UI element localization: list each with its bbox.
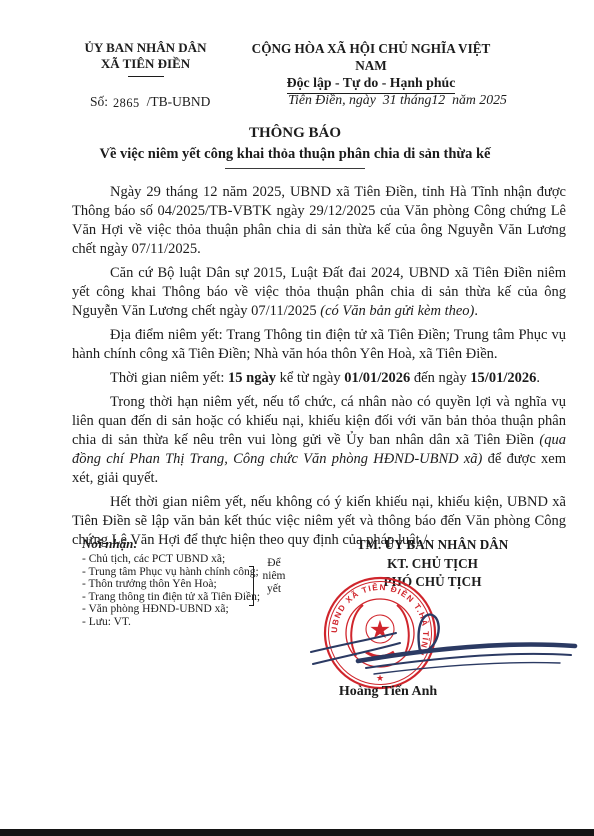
title-underline (225, 168, 365, 169)
signature-authority-block: TM. ỦY BAN NHÂN DÂN KT. CHỦ TỊCH PHÓ CHỦ… (325, 536, 540, 592)
paragraph-3: Địa điểm niêm yết: Trang Thông tin điện … (72, 326, 566, 364)
paragraph-4: Thời gian niêm yết: 15 ngày kể từ ngày 0… (72, 369, 566, 388)
recipient-item: - Lưu: VT. (82, 616, 260, 629)
bracket-note-line: yết (256, 583, 292, 596)
recipient-item: - Chủ tịch, các PCT UBND xã; (82, 553, 260, 566)
recipients-list: - Chủ tịch, các PCT UBND xã; - Trung tâm… (82, 553, 260, 629)
recipients-label: Nơi nhận: (82, 536, 138, 552)
bracket-note-line: Để (256, 557, 292, 570)
paragraph-5: Trong thời hạn niêm yết, nếu tổ chức, cá… (72, 393, 566, 488)
national-title: CỘNG HÒA XÃ HỘI CHỦ NGHĨA VIỆT NAM (240, 40, 502, 74)
document-subject-title: Về việc niêm yết công khai thỏa thuận ph… (0, 145, 590, 164)
recipient-item: - Trung tâm Phục vụ hành chính công; (82, 566, 260, 579)
authority-name-line2: XÃ TIÊN ĐIỀN (58, 56, 233, 72)
paragraph-1: Ngày 29 tháng 12 năm 2025, UBND xã Tiên … (72, 183, 566, 259)
bracket-note-line: niêm (256, 570, 292, 583)
seal-center-star-icon: ★ (369, 617, 391, 644)
authority-underline (128, 76, 164, 77)
doc-number-suffix: /TB-UBND (147, 94, 211, 109)
national-header-block: CỘNG HÒA XÃ HỘI CHỦ NGHĨA VIỆT NAM Độc l… (240, 40, 502, 94)
document-page: ỦY BAN NHÂN DÂN XÃ TIÊN ĐIỀN CỘNG HÒA XÃ… (0, 0, 594, 836)
page-bottom-edge (0, 829, 594, 836)
national-motto: Độc lập - Tự do - Hạnh phúc (287, 74, 456, 94)
signer-name: Hoàng Tiến Anh (298, 684, 478, 700)
document-title-block: THÔNG BÁO Về việc niêm yết công khai thỏ… (0, 124, 590, 169)
doc-number-value: 2865 (113, 96, 140, 110)
svg-text:UBND XÃ TIÊN ĐIỀN T.HÀ TĨNH: UBND XÃ TIÊN ĐIỀN T.HÀ TĨNH (330, 581, 431, 658)
official-red-seal-icon: UBND XÃ TIÊN ĐIỀN T.HÀ TĨNH ★ ★ (325, 578, 435, 688)
seal-bottom-star: ★ (376, 673, 384, 683)
signature-kt-title: KT. CHỦ TỊCH (325, 555, 540, 574)
seal-ring-text: UBND XÃ TIÊN ĐIỀN T.HÀ TĨNH (330, 581, 431, 658)
signature-position: PHÓ CHỦ TỊCH (325, 573, 540, 592)
document-type-title: THÔNG BÁO (0, 124, 590, 143)
recipients-bracket-note: Để niêm yết (256, 557, 292, 595)
document-number: Số:2865/TB-UBND (90, 94, 210, 110)
handwritten-signature-icon (311, 615, 575, 674)
doc-number-label: Số: (90, 94, 108, 109)
recipient-item: - Thôn trưởng thôn Yên Hoà; (82, 578, 260, 591)
issuing-authority-block: ỦY BAN NHÂN DÂN XÃ TIÊN ĐIỀN (58, 40, 233, 77)
paragraph-2: Căn cứ Bộ luật Dân sự 2015, Luật Đất đai… (72, 264, 566, 321)
place-date-line: Tiên Điền, ngày 31 tháng12 năm 2025 (275, 92, 520, 108)
document-body: Ngày 29 tháng 12 năm 2025, UBND xã Tiên … (72, 183, 566, 555)
recipient-item: - Văn phòng HĐND-UBND xã; (82, 603, 260, 616)
recipients-bracket (249, 566, 254, 606)
signature-on-behalf: TM. ỦY BAN NHÂN DÂN (325, 536, 540, 555)
recipient-item: - Trang thông tin điện tử xã Tiên Điền; (82, 591, 260, 604)
authority-name-line1: ỦY BAN NHÂN DÂN (58, 40, 233, 56)
